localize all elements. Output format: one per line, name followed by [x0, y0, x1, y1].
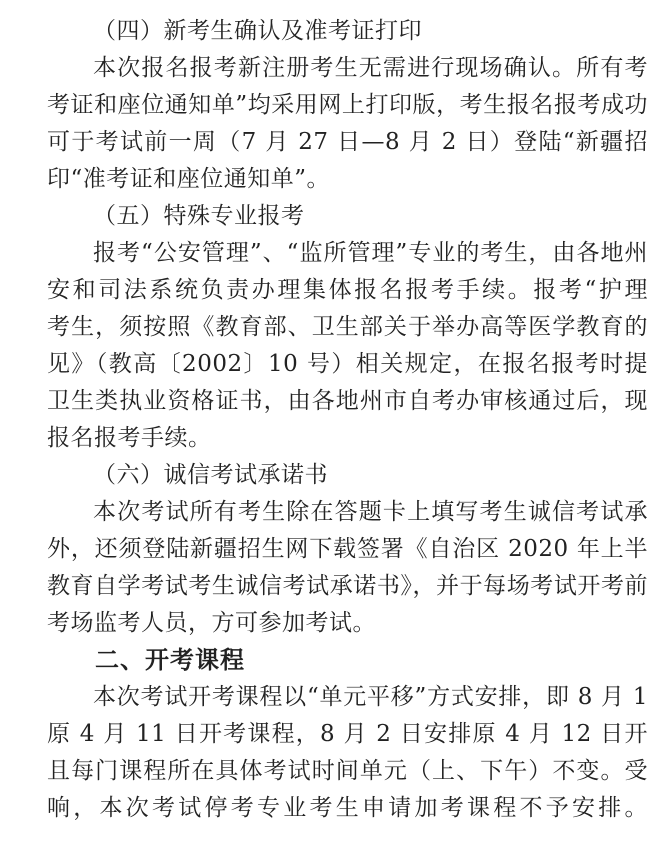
paragraph-line: 本次报名报考新注册考生无需进行现场确认。所有考生“准 [47, 50, 648, 87]
paragraph-line: 安和司法系统负责办理集体报名报考手续。报考“护理学”专业的 [47, 272, 648, 309]
paragraph-line: 响，本次考试停考专业考生申请加考课程不予安排。2020 年上 [47, 790, 648, 827]
paragraph-line: 本次考试开考课程以“单元平移”方式安排，即 8 月 1 日安排 [47, 679, 648, 716]
paragraph-line: 本次考试所有考生除在答题卡上填写考生诚信考试承诺书 [47, 494, 648, 531]
paragraph-line: 考证和座位通知单”均采用网上打印版，考生报名报考成功后， [47, 87, 648, 124]
paragraph-line: 且每门课程所在具体考试时间单元（上、下午）不变。受疫情影 [47, 753, 648, 790]
paragraph-line: 报考“公安管理”、“监所管理”专业的考生，由各地州市公 [47, 235, 648, 272]
paragraph-line: 可于考试前一周（7 月 27 日—8 月 2 日）登陆“新疆招生网”打 [47, 124, 648, 161]
paragraph-line: 考生，须按照《教育部、卫生部关于举办高等医学教育的若干意 [47, 309, 648, 346]
paragraph-line: 卫生类执业资格证书，由各地州市自考办审核通过后，现场办理 [47, 383, 648, 420]
paragraph-line: 报名报考手续。 [47, 420, 648, 457]
paragraph-line: 教育自学考试考生诚信考试承诺书》，并于每场考试开考前提交 [47, 568, 648, 605]
section-heading-si: （四）新考生确认及准考证打印 [47, 13, 648, 50]
paragraph-line: 见》（教高〔2002〕10 号）相关规定，在报名报考时提交本人的 [47, 346, 648, 383]
paragraph-line: 考场监考人员，方可参加考试。 [47, 605, 648, 642]
section-heading-kaikao-kecheng: 二、开考课程 [47, 642, 648, 679]
paragraph-line: 印“准考证和座位通知单”。 [47, 161, 648, 198]
paragraph-line: 原 4 月 11 日开考课程，8 月 2 日安排原 4 月 12 日开考课程，并 [47, 716, 648, 753]
section-heading-wu: （五）特殊专业报考 [47, 198, 648, 235]
section-heading-liu: （六）诚信考试承诺书 [47, 457, 648, 494]
paragraph-line: 外，还须登陆新疆招生网下载签署《自治区 2020 年上半年高等 [47, 531, 648, 568]
document-page: （四）新考生确认及准考证打印 本次报名报考新注册考生无需进行现场确认。所有考生“… [0, 0, 669, 844]
